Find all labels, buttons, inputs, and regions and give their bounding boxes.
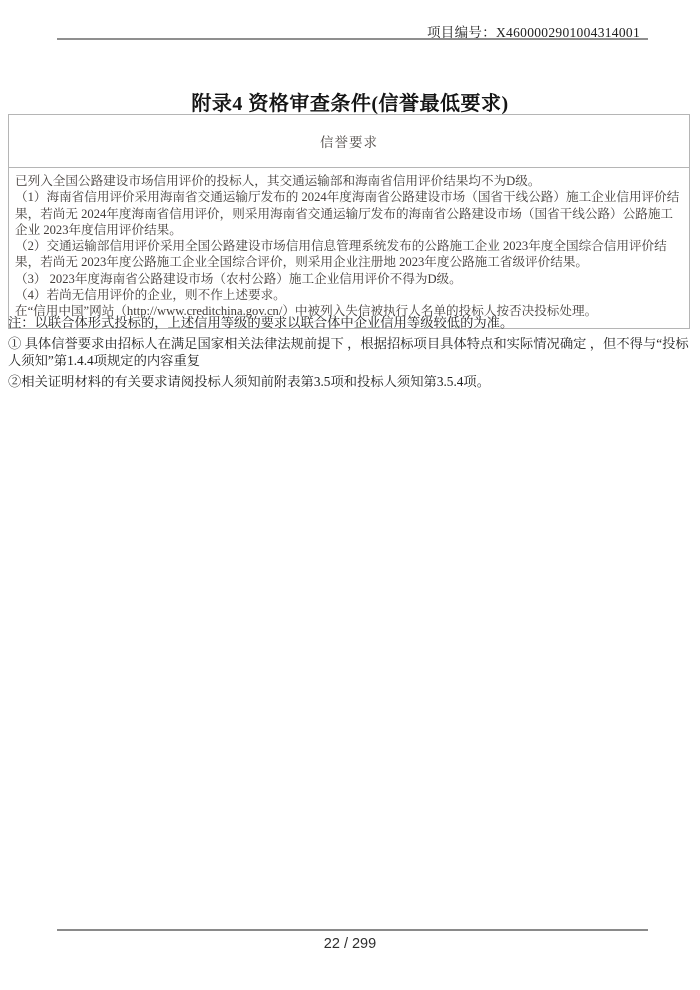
table-paragraph: （4）若尚无信用评价的企业，则不作上述要求。 [15,287,684,303]
page-number: 22 / 299 [0,936,700,952]
note-line: ① 具体信誉要求由招标人在满足国家相关法律法规前提下 ，根据招标项目具体特点和实… [8,335,690,369]
header-rule [57,38,648,40]
table-header-cell: 信誉要求 [9,115,689,168]
document-page: 项目编号：X4600002901004314001 附录4 资格审查条件(信誉最… [0,0,700,990]
table-paragraph: 已列入全国公路建设市场信用评价的投标人，其交通运输部和海南省信用评价结果均不为D… [15,173,684,189]
table-paragraph: （2）交通运输部信用评价采用全国公路建设市场信用信息管理系统发布的公路施工企业 … [15,238,684,271]
page-title: 附录4 资格审查条件(信誉最低要求) [0,87,700,116]
table-paragraph: （1）海南省信用评价采用海南省交通运输厅发布的 2024年度海南省公路建设市场（… [15,189,684,238]
table-paragraph: （3） 2023年度海南省公路建设市场（农村公路）施工企业信用评价不得为D级。 [15,271,684,287]
footer-rule [57,929,648,931]
notes-section: 注：以联合体形式投标的，上述信用等级的要求以联合体中企业信用等级较低的为准。 ①… [8,314,690,394]
note-line: ②相关证明材料的有关要求请阅投标人须知前附表第3.5项和投标人须知第3.5.4项… [8,373,690,390]
note-line: 注：以联合体形式投标的，上述信用等级的要求以联合体中企业信用等级较低的为准。 [8,314,690,331]
credit-requirements-table: 信誉要求 已列入全国公路建设市场信用评价的投标人，其交通运输部和海南省信用评价结… [8,114,690,329]
table-body-cell: 已列入全国公路建设市场信用评价的投标人，其交通运输部和海南省信用评价结果均不为D… [9,168,689,328]
